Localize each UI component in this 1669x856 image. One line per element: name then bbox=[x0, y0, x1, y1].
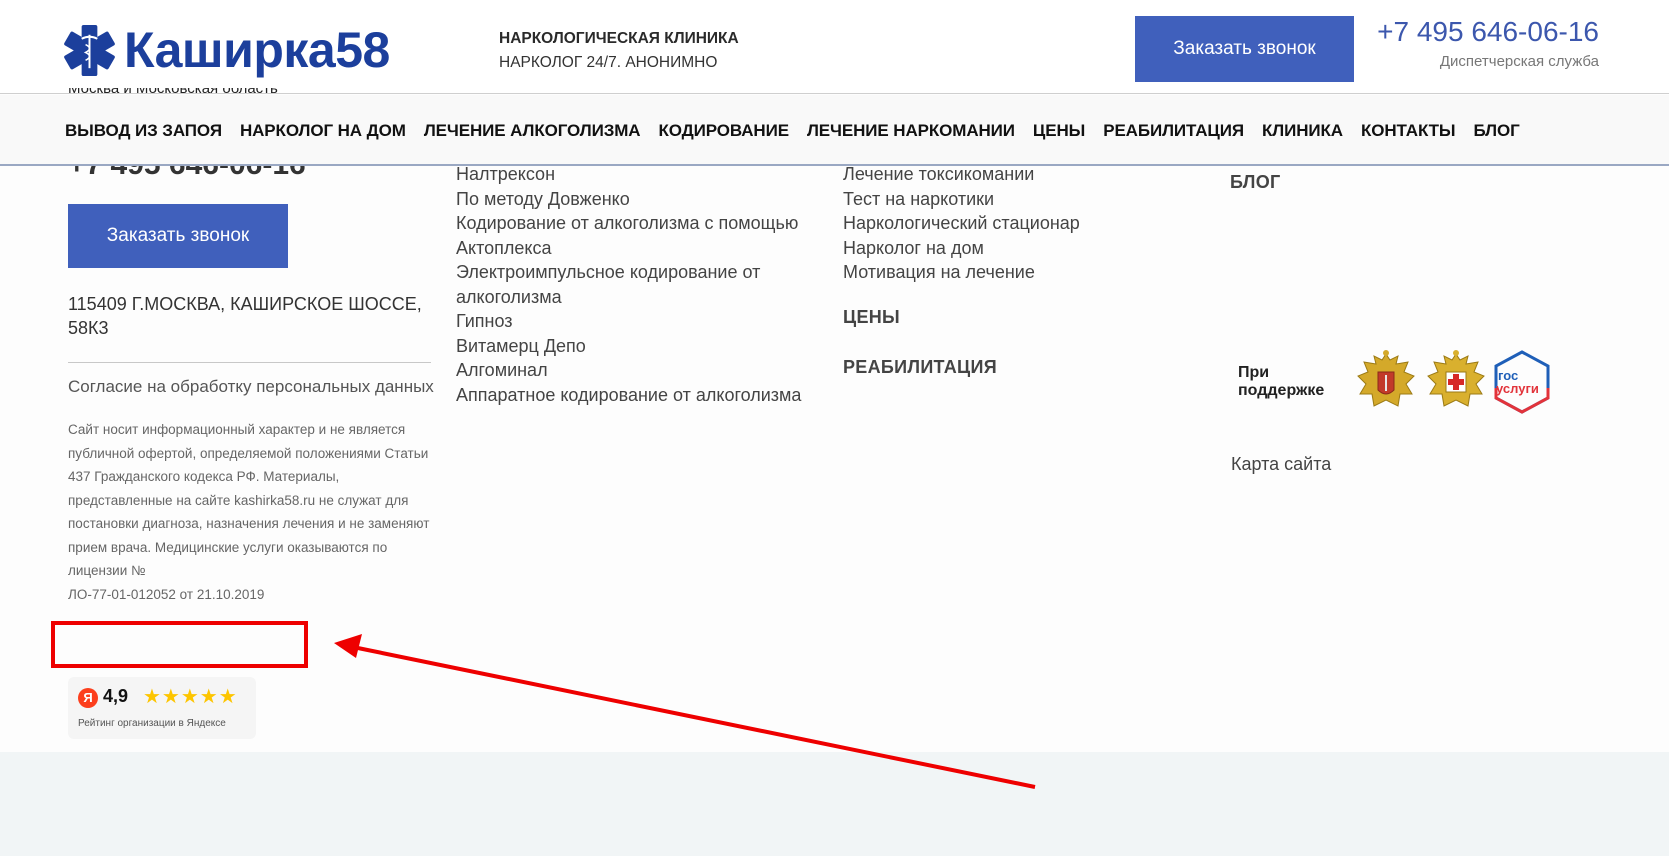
consent-link[interactable]: Согласие на обработку персональных данны… bbox=[68, 375, 434, 398]
page-bottom-band bbox=[0, 752, 1669, 856]
site-header: Каширка58 НАРКОЛОГИЧЕСКАЯ КЛИНИКА НАРКОЛ… bbox=[0, 0, 1669, 94]
footer-link[interactable]: Витамерц Депо bbox=[456, 334, 836, 359]
footer-link[interactable]: Мотивация на лечение bbox=[843, 260, 1203, 285]
footer-address: 115409 г.МОСКВА, КАШИРСКОЕ ШОССЕ, 58К3 bbox=[68, 292, 434, 340]
nav-item-blog[interactable]: Блог bbox=[1473, 121, 1519, 141]
nav-item-drug-addiction[interactable]: Лечение наркомании bbox=[807, 121, 1015, 141]
license-number: ЛО-77-01-012052 от 21.10.2019 bbox=[68, 583, 438, 607]
main-nav: Вывод из запоя Нарколог на дом Лечение а… bbox=[0, 95, 1669, 166]
nav-item-rehab[interactable]: Реабилитация bbox=[1103, 121, 1244, 141]
header-tagline: НАРКОЛОГИЧЕСКАЯ КЛИНИКА НАРКОЛОГ 24/7. А… bbox=[499, 28, 739, 76]
footer-link[interactable]: Нарколог на дом bbox=[843, 236, 1203, 261]
rating-caption: Рейтинг организации в Яндексе bbox=[78, 718, 226, 729]
yandex-rating-badge[interactable]: Я 4,9 ★★★★★ Рейтинг организации в Яндекс… bbox=[68, 677, 256, 739]
medical-star-logo-icon bbox=[62, 23, 117, 78]
footer-treatment-column: Лечение наркомании Лечение токсикомании … bbox=[843, 150, 1203, 380]
header-callback-button[interactable]: Заказать звонок bbox=[1135, 16, 1354, 82]
footer-heading-rehab[interactable]: РЕАБИЛИТАЦИЯ bbox=[843, 355, 1203, 380]
header-phone-link[interactable]: +7 495 646-06-16 bbox=[1377, 16, 1599, 48]
disclaimer-body: Сайт носит информационный характер и не … bbox=[68, 422, 429, 578]
footer-heading-prices[interactable]: ЦЕНЫ bbox=[843, 305, 1203, 330]
footer-link[interactable]: По методу Довженко bbox=[456, 187, 836, 212]
footer-link[interactable]: Гипноз bbox=[456, 309, 836, 334]
yandex-logo-icon: Я bbox=[78, 688, 98, 708]
rating-value: 4,9 bbox=[103, 686, 128, 707]
footer-link[interactable]: Алгоминал bbox=[456, 358, 836, 383]
footer-link[interactable]: Аппаратное кодирование от алкоголизма bbox=[456, 383, 836, 408]
tagline-title: НАРКОЛОГИЧЕСКАЯ КЛИНИКА bbox=[499, 28, 739, 50]
health-ministry-emblem-icon bbox=[1424, 348, 1488, 416]
ministry-emblem-icon bbox=[1354, 348, 1418, 416]
support-logos: При поддержке гос услуги bbox=[1238, 348, 1554, 416]
footer-link[interactable]: Кодирование от алкоголизма с помощью Акт… bbox=[456, 211, 836, 260]
sitemap-link[interactable]: Карта сайта bbox=[1231, 454, 1331, 475]
tagline-subtitle: НАРКОЛОГ 24/7. АНОНИМНО bbox=[499, 50, 739, 76]
logo-link[interactable]: Каширка58 bbox=[62, 22, 390, 78]
rating-stars-icon: ★★★★★ bbox=[143, 684, 238, 709]
nav-item-contacts[interactable]: Контакты bbox=[1361, 121, 1456, 141]
footer-contacts-column: +7 495 646-06-16 Заказать звонок 115409 … bbox=[68, 148, 434, 606]
logo-text: Каширка58 bbox=[124, 22, 390, 78]
nav-item-home-narcologist[interactable]: Нарколог на дом bbox=[240, 121, 406, 141]
nav-item-alcoholism[interactable]: Лечение алкоголизма bbox=[424, 121, 641, 141]
footer-link[interactable]: Наркологический стационар bbox=[843, 211, 1203, 236]
phone-caption: Диспетчерская служба bbox=[1440, 53, 1599, 70]
footer-link[interactable]: Электроимпульсное кодирование от алкогол… bbox=[456, 260, 836, 309]
nav-item-prices[interactable]: Цены bbox=[1033, 121, 1085, 141]
footer-heading-blog[interactable]: БЛОГ bbox=[1230, 172, 1630, 193]
nav-item-coding[interactable]: Кодирование bbox=[658, 121, 788, 141]
page: +7 495 646-06-16 Заказать звонок 115409 … bbox=[0, 0, 1669, 856]
footer-callback-button[interactable]: Заказать звонок bbox=[68, 204, 288, 268]
nav-item-detox[interactable]: Вывод из запоя bbox=[65, 121, 222, 141]
footer-coding-column: Дисульфирам Налтрексон По методу Довженк… bbox=[456, 150, 836, 407]
footer-link[interactable]: Тест на наркотики bbox=[843, 187, 1203, 212]
svg-text:услуги: услуги bbox=[1496, 381, 1539, 396]
support-label: При поддержке bbox=[1238, 364, 1348, 400]
footer-divider bbox=[68, 362, 431, 363]
gosuslugi-logo-icon: гос услуги bbox=[1490, 348, 1554, 416]
disclaimer-text: Сайт носит информационный характер и не … bbox=[68, 418, 438, 606]
partially-hidden-region-text: Москва и Московская область bbox=[68, 88, 278, 95]
nav-item-clinic[interactable]: Клиника bbox=[1262, 121, 1343, 141]
